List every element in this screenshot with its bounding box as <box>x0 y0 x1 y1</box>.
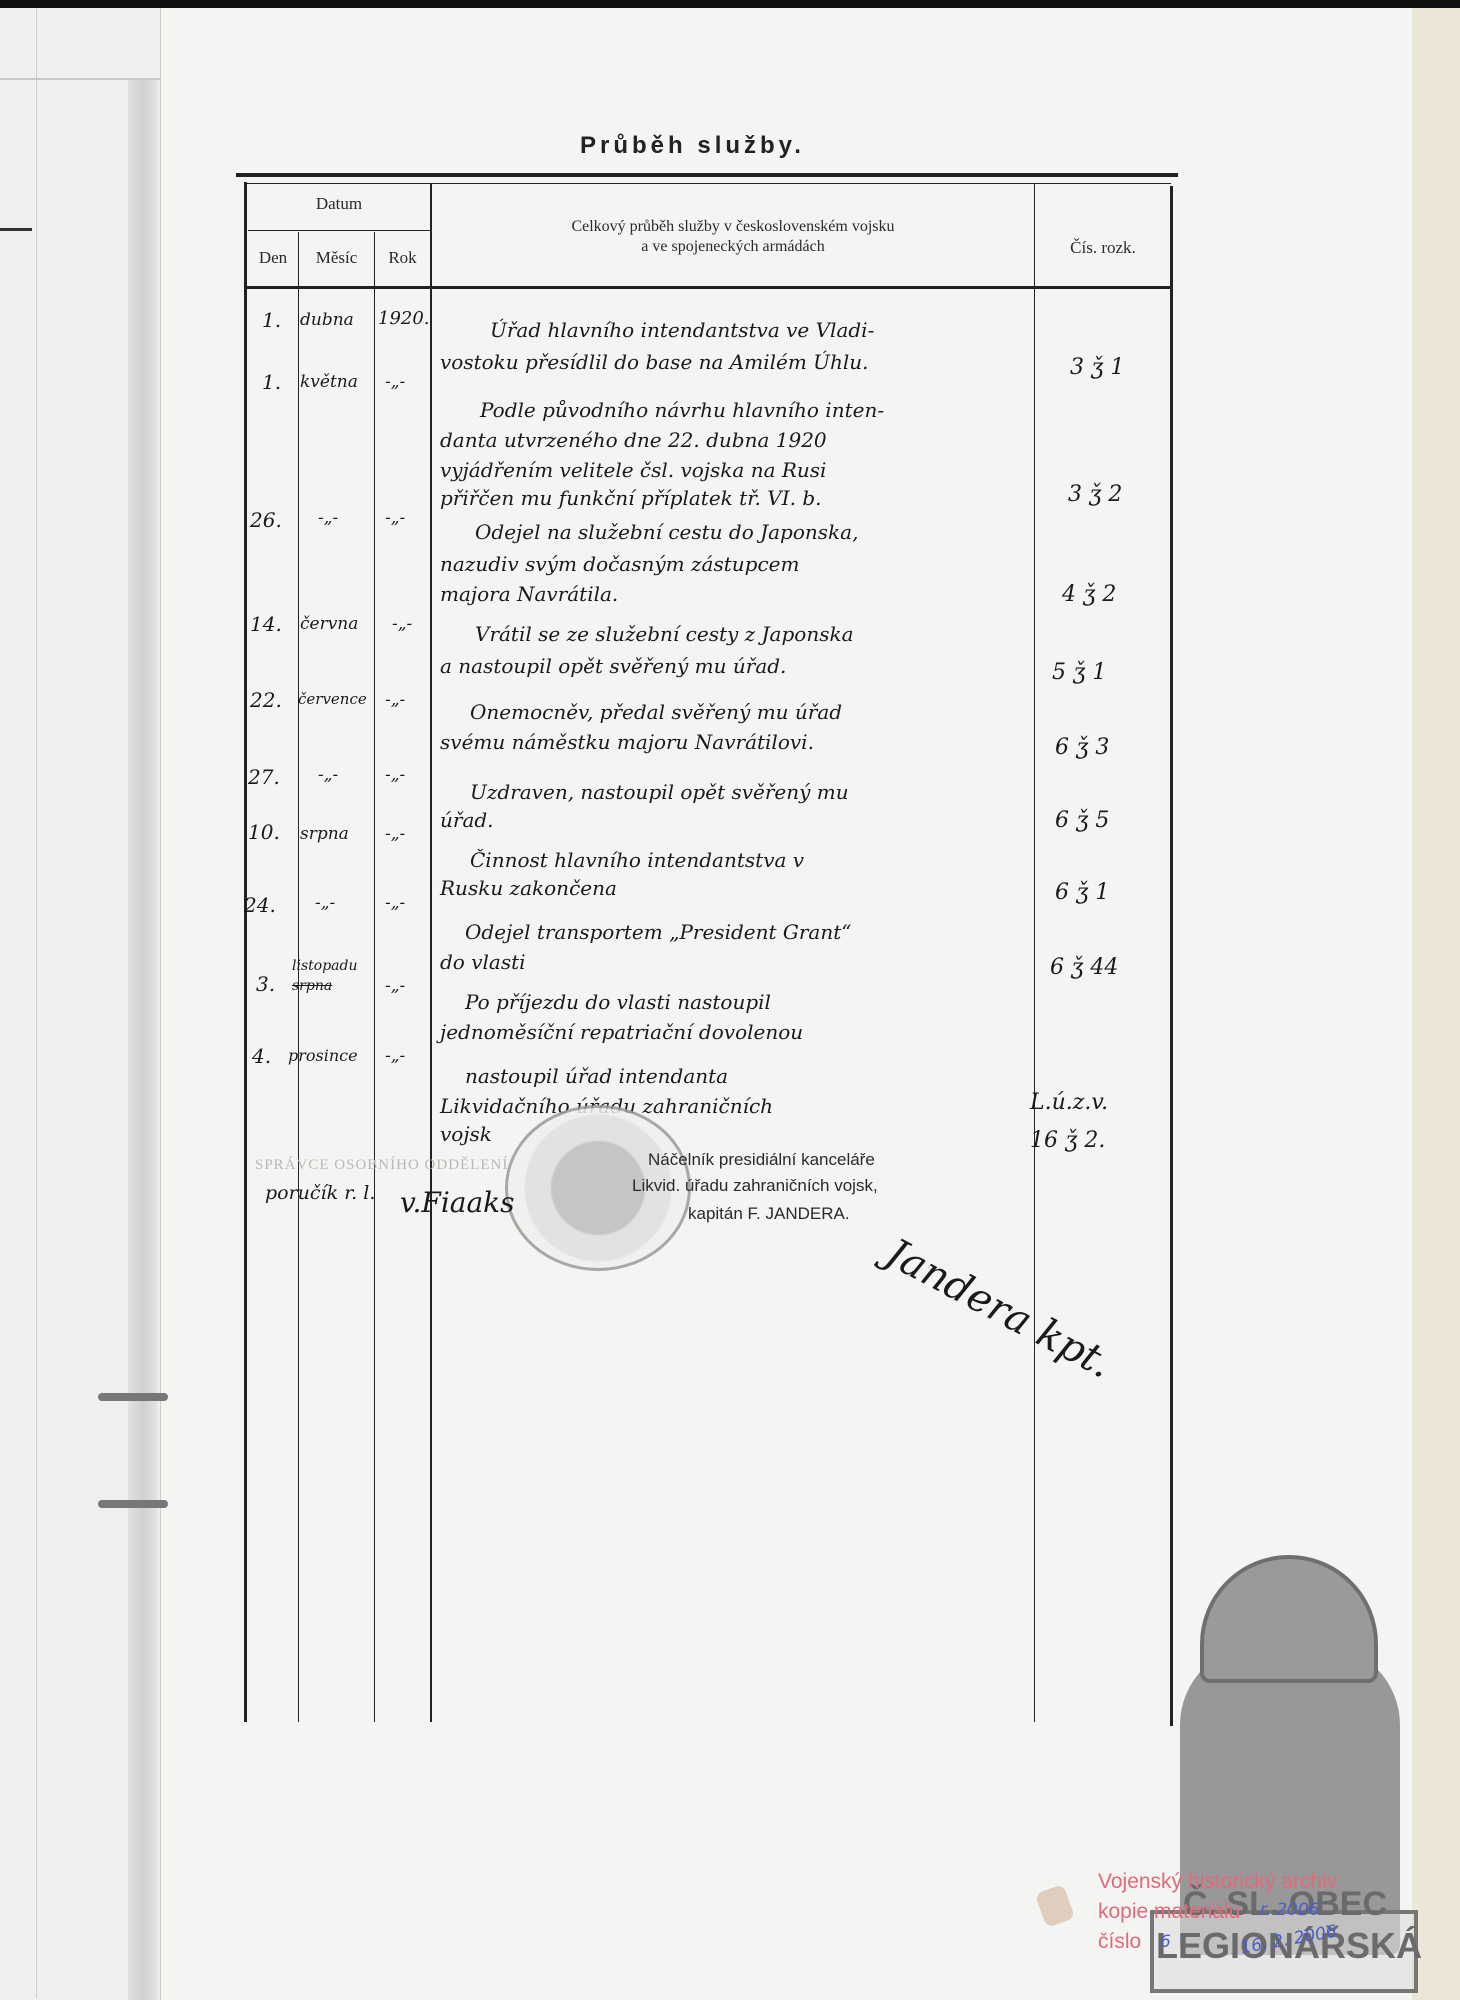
left-signature: v.Fiaaks <box>400 1186 515 1219</box>
entry-mesic: prosince <box>288 1046 358 1065</box>
entry-mesic: dubna <box>300 310 354 330</box>
table-top-rule <box>236 173 1178 177</box>
entry-text-line: Úřad hlavního intendantstva ve Vladi- <box>490 318 874 342</box>
entry-text-line: vyjádřením velitele čsl. vojska na Rusi <box>440 458 826 482</box>
binding-fold <box>128 80 158 2000</box>
archive-handwritten-note: r. 2006 <box>1260 1900 1320 1920</box>
signatory-title-line2: Likvid. úřadu zahraničních vojsk, <box>632 1176 878 1196</box>
entry-rok: -„- <box>385 893 405 913</box>
entry-den: 24. <box>244 893 276 917</box>
header-cis-rozk: Čís. rozk. <box>1036 238 1170 258</box>
header-datum: Datum <box>248 194 430 214</box>
header-den: Den <box>248 248 298 268</box>
col-divider-rok <box>430 184 432 1722</box>
entry-text-line: vostoku přesídlil do base na Amilém Úhlu… <box>440 350 869 374</box>
col-divider-den <box>298 232 299 1722</box>
entry-mesic: -„- <box>318 765 338 785</box>
entry-rok: -„- <box>385 765 405 785</box>
entry-mesic: -„- <box>318 508 338 528</box>
entry-text-line: danta utvrzeného dne 22. dubna 1920 <box>440 428 827 452</box>
helmet-icon <box>1200 1555 1378 1683</box>
entry-den: 10. <box>248 820 280 844</box>
entry-cis-rozk: 6 ǯ 3 <box>1055 735 1109 760</box>
left-page-rule <box>36 8 37 1998</box>
entry-mesic: -„- <box>315 893 335 913</box>
page-title: Průběh služby. <box>580 132 805 160</box>
entry-mesic-struck: srpna <box>292 978 332 994</box>
archive-stamp-line3: číslo <box>1098 1930 1141 1954</box>
header-main-line1: Celkový průběh služby v československém … <box>432 218 1034 236</box>
entry-text-line: Rusku zakončena <box>440 876 617 900</box>
entry-rok: -„- <box>385 1046 405 1066</box>
header-rok: Rok <box>375 248 430 268</box>
entry-text-line: nazudiv svým dočasným zástupcem <box>440 552 799 576</box>
entry-text-line: nastoupil úřad intendanta <box>465 1064 728 1088</box>
entry-rok: -„- <box>385 372 405 392</box>
table-right-border <box>1170 186 1173 1726</box>
entry-den: 27. <box>248 765 280 789</box>
archive-handwritten-number: 6 <box>1160 1932 1171 1952</box>
table-top-thin-rule <box>246 183 1171 184</box>
entry-cis-rozk: 4 ǯ 2 <box>1062 582 1116 607</box>
entry-text-line: jednoměsíční repatriační dovolenou <box>440 1020 803 1044</box>
entry-rok: -„- <box>385 508 405 528</box>
table-left-border <box>244 182 247 1722</box>
entry-cis-rozk: 6 ǯ 1 <box>1055 880 1109 905</box>
entry-text-line: úřad. <box>440 808 494 832</box>
entry-den: 14. <box>250 612 282 636</box>
signatory-title-line1: Náčelník presidiální kanceláře <box>648 1150 875 1170</box>
entry-cis-rozk: 3 ǯ 2 <box>1068 482 1122 507</box>
entry-mesic: června <box>300 614 358 634</box>
archive-stamp-line2: kopie materiálu <box>1098 1900 1240 1924</box>
entry-den: 26. <box>250 508 282 532</box>
entry-den: 3. <box>256 972 275 996</box>
entry-mesic: listopadu <box>292 958 357 974</box>
entry-text-line: svému náměstku majoru Navrátilovi. <box>440 730 814 754</box>
entry-text-line: majora Navrátila. <box>440 582 618 606</box>
entry-den: 1. <box>262 370 281 394</box>
entry-mesic: května <box>300 372 358 392</box>
entry-den: 4. <box>252 1044 271 1068</box>
left-rank: poručík r. l. <box>265 1182 375 1204</box>
entry-cis-rozk: 3 ǯ 1 <box>1070 355 1124 380</box>
entry-text-line: Po příjezdu do vlasti nastoupil <box>465 990 771 1014</box>
archive-stamp-line1: Vojenský historický archiv <box>1098 1870 1337 1894</box>
entry-text-line: přiřčen mu funkční příplatek tř. VI. b. <box>440 486 821 510</box>
entry-den: 22. <box>250 688 282 712</box>
col-divider-main <box>1034 184 1035 1722</box>
scan-top-edge <box>0 0 1460 8</box>
entry-den: 1. <box>262 308 281 332</box>
entry-text-line: Onemocněv, předal svěřený mu úřad <box>470 700 842 724</box>
faint-stamp-label: SPRÁVCE OSOBNÍHO ODDĚLENÍ <box>255 1157 508 1174</box>
entry-mesic: července <box>298 690 367 708</box>
entry-rok: -„- <box>385 976 405 996</box>
entry-text-line: Uzdraven, nastoupil opět svěřený mu <box>470 780 849 804</box>
entry-mesic: srpna <box>300 824 349 844</box>
header-mesic: Měsíc <box>299 248 374 268</box>
col-divider-mesic <box>374 232 375 1722</box>
entry-text-line: do vlasti <box>440 950 526 974</box>
entry-text-line: Odejel na služební cestu do Japonska, <box>475 520 858 544</box>
binder-staple-icon <box>98 1393 168 1401</box>
binder-staple-icon <box>98 1500 168 1508</box>
header-main-line2: a ve spojeneckých armádách <box>432 238 1034 256</box>
entry-cis-rozk: 5 ǯ 1 <box>1052 660 1106 685</box>
entry-rok: -„- <box>385 824 405 844</box>
entry-text-line: vojsk <box>440 1122 492 1146</box>
entry-text-line: Činnost hlavního intendantstva v <box>470 848 804 872</box>
entry-cis-rozk: 6 ǯ 5 <box>1055 808 1109 833</box>
datum-divider <box>248 230 430 231</box>
entry-text-line: Vrátil se ze služební cesty z Japonska <box>475 622 854 646</box>
entry-text-line: Odejel transportem „President Grant“ <box>465 920 851 944</box>
entry-cis-rozk: L.ú.z.v. 16 ǯ 2. <box>1030 1084 1130 1160</box>
entry-cis-rozk: 6 ǯ 44 <box>1050 955 1118 980</box>
signatory-name: kapitán F. JANDERA. <box>688 1204 850 1224</box>
entry-text-line: a nastoupil opět svěřený mu úřad. <box>440 654 786 678</box>
entry-rok: -„- <box>385 690 405 710</box>
entry-rok: -„- <box>392 614 412 634</box>
left-page-table-rule <box>0 228 32 231</box>
entry-rok: 1920. <box>378 308 430 329</box>
entry-text-line: Podle původního návrhu hlavního inten- <box>480 398 884 422</box>
